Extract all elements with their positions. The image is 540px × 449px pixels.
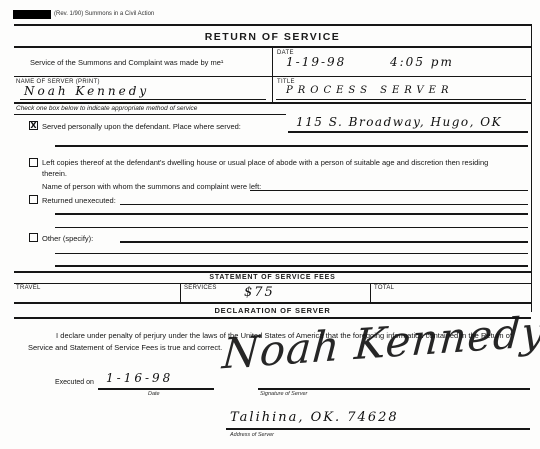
service-statement: Service of the Summons and Complaint was… xyxy=(30,58,223,67)
rule-row2 xyxy=(14,102,531,104)
fees-title: STATEMENT OF SERVICE FEES xyxy=(14,274,531,281)
divider-row1 xyxy=(272,48,273,102)
underline-address xyxy=(226,428,530,430)
served-personally-label: Served personally upon the defendant. Pl… xyxy=(42,122,241,131)
blank-line-3 xyxy=(55,253,528,254)
divider-fees-1 xyxy=(180,283,181,302)
underline-executed-date xyxy=(98,388,214,390)
rule-top xyxy=(14,24,531,26)
rule-row1 xyxy=(14,76,531,77)
executed-on-label: Executed on xyxy=(55,379,94,386)
page-border-right xyxy=(531,24,532,312)
server-name-handwritten: Noah Kennedy xyxy=(24,84,149,98)
checkbox-left-copies xyxy=(29,158,38,167)
underline-other xyxy=(120,241,528,243)
date-caption: Date xyxy=(148,391,160,397)
rule-fees-mid xyxy=(14,283,531,284)
returned-unexecuted-label: Returned unexecuted: xyxy=(42,196,116,205)
rule-fees-top xyxy=(14,271,531,273)
redaction-bar xyxy=(13,10,51,19)
place-served-handwritten: 115 S. Broadway, Hugo, OK xyxy=(296,115,502,129)
method-instruction: Check one box below to indicate appropri… xyxy=(16,105,197,112)
services-label: SERVICES xyxy=(184,285,217,291)
travel-label: TRAVEL xyxy=(16,285,41,291)
checkbox-served-personally: X xyxy=(29,121,38,130)
name-of-person-label: Name of person with whom the summons and… xyxy=(42,182,261,191)
underline-instruction xyxy=(14,114,286,115)
return-of-service-form: (Rev. 1/90) Summons in a Civil Action RE… xyxy=(0,0,540,449)
address-handwritten: Talihina, OK. 74628 xyxy=(230,410,399,425)
underline-name-of-person xyxy=(250,190,528,191)
signature-caption: Signature of Server xyxy=(260,391,307,397)
rule-fees-bottom xyxy=(14,302,531,304)
line-place-served-2 xyxy=(55,145,528,147)
date-handwritten: 1-19-98 xyxy=(286,55,346,69)
blank-line-1 xyxy=(55,213,528,215)
blank-line-4 xyxy=(55,265,528,267)
address-caption: Address of Server xyxy=(230,432,274,438)
services-fee-handwritten: $75 xyxy=(244,285,275,300)
blank-line-2 xyxy=(55,227,528,228)
executed-date-handwritten: 1-16-98 xyxy=(106,371,173,385)
total-label: TOTAL xyxy=(374,285,394,291)
corner-form-label: (Rev. 1/90) Summons in a Civil Action xyxy=(54,11,154,17)
underline-returned-unexecuted xyxy=(120,204,528,205)
other-label: Other (specify): xyxy=(42,234,93,243)
server-title-handwritten: PROCESS SERVER xyxy=(286,85,454,96)
left-copies-label: Left copies thereof at the defendant's d… xyxy=(42,157,502,179)
divider-fees-2 xyxy=(370,283,371,302)
form-title: RETURN OF SERVICE xyxy=(14,31,531,43)
checkbox-returned-unexecuted xyxy=(29,195,38,204)
checkbox-other xyxy=(29,233,38,242)
underline-server-name xyxy=(20,99,266,100)
underline-server-title xyxy=(276,99,526,100)
underline-place-served xyxy=(288,131,528,133)
time-handwritten: 4:05 pm xyxy=(390,55,454,69)
underline-signature xyxy=(258,388,530,390)
